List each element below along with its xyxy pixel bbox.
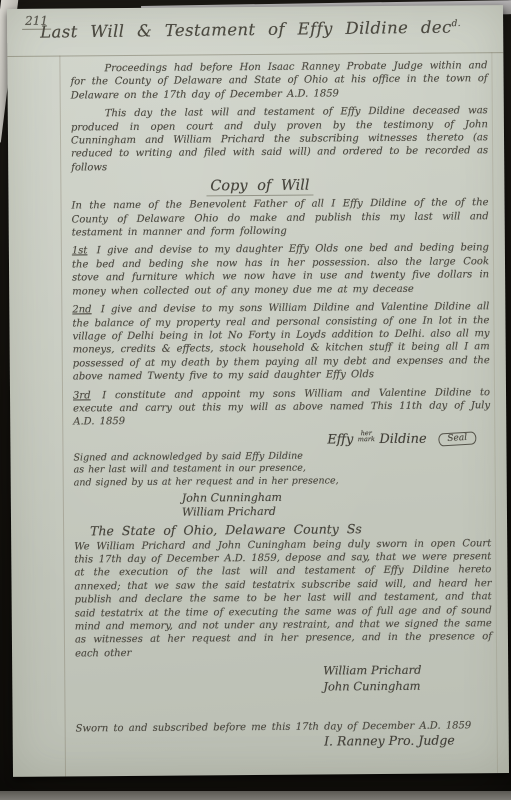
probate-jurisdiction-heading: The State of Ohio, Delaware County Ss [90, 520, 491, 538]
page-title: Last Will & Testament of Effy Dildine de… [40, 17, 475, 41]
attestation-witnesses: John Cunningham William Prichard [182, 489, 491, 520]
page-title-abbr: dec [421, 18, 452, 37]
ledger-photo: 211 Last Will & Testament of Effy Dildin… [0, 0, 511, 800]
proceedings-opening-paragraph: Proceedings had before Hon Isaac Ranney … [70, 59, 487, 102]
attestation-witness-signature: William Prichard [182, 503, 491, 520]
ledger-page: 211 Last Will & Testament of Effy Dildin… [7, 5, 509, 777]
will-item-third: 3rd I constitute and appoint my sons Wil… [73, 386, 490, 429]
will-item-second: 2nd I give and devise to my sons William… [72, 300, 490, 384]
judge-signature: I. Ranney Pro. Judge [76, 733, 455, 751]
probate-deposition-paragraph: We William Prichard and John Cuningham b… [74, 537, 492, 661]
page-title-main: Last Will & Testament of Effy Dildine [40, 18, 408, 41]
will-item-third-label: 3rd [73, 390, 94, 401]
will-item-first-text: I give and devise to my daughter Effy Ol… [72, 243, 489, 297]
table-edge [0, 791, 511, 800]
will-item-second-label: 2nd [72, 304, 94, 315]
proceedings-presentation-paragraph: This day the last will and testament of … [71, 104, 489, 174]
copy-of-will-heading: Copy of Will [71, 177, 448, 196]
left-margin-line [59, 56, 66, 777]
testator-signature: Effy her mark Dildine Seal [73, 431, 476, 449]
will-item-second-text: I give and devise to my sons William Dil… [72, 301, 489, 382]
probate-witness-signature: William Prichard [323, 662, 492, 679]
copy-of-will-heading-text: Copy of Will [206, 178, 313, 197]
will-preamble-paragraph: In the name of the Benevolent Father of … [71, 196, 488, 239]
will-item-third-text: I constitute and appoint my sons William… [73, 387, 490, 428]
will-item-first-label: 1st [72, 246, 91, 257]
page-title-abbr-superscript: d. [452, 19, 462, 29]
probate-witness-signature: John Cuningham [323, 678, 492, 695]
header-rule [7, 52, 503, 57]
testator-first-name: Effy [327, 432, 353, 447]
attestation-line: and signed by us at her request and in h… [74, 474, 491, 490]
seal-mark: Seal [438, 431, 476, 446]
testator-last-name: Dildine [379, 431, 426, 446]
will-item-first: 1st I give and devise to my daughter Eff… [72, 242, 489, 299]
attestation-block: Signed and acknowledged by said Effy Dil… [73, 449, 491, 521]
probate-witness-signatures: William Prichard John Cuningham [323, 662, 492, 694]
right-margin-line [491, 52, 498, 773]
her-mark-notation: her mark [355, 430, 377, 443]
